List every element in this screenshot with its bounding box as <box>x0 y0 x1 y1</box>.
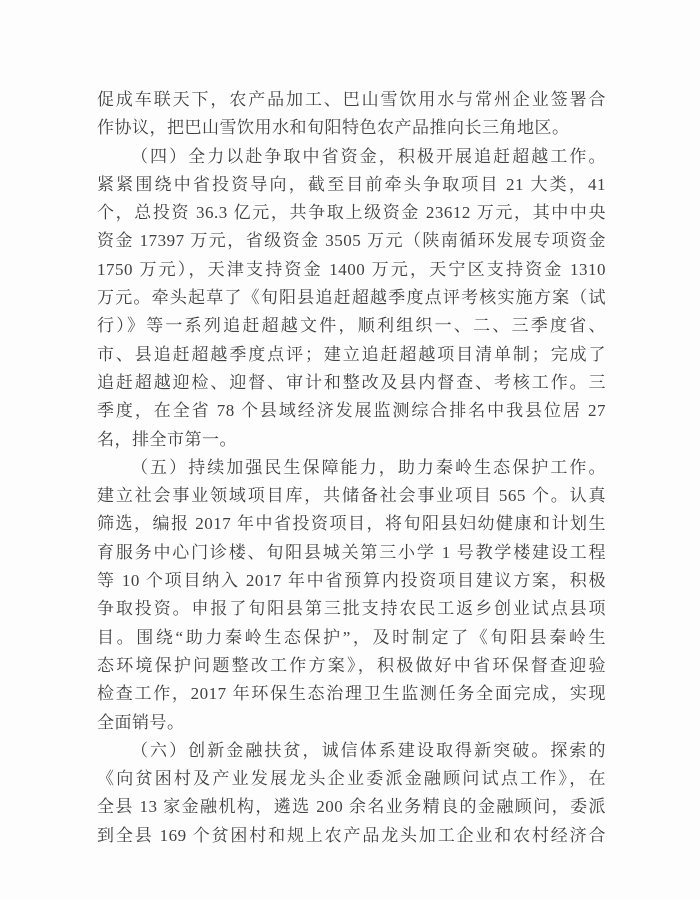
text-line: 检查工作，2017 年环保生态治理卫生监测任务全面完成，实现 <box>97 680 606 708</box>
text-line: 到全县 169 个贫困村和规上农产品龙头加工企业和农村经济合 <box>97 822 606 850</box>
paragraph: 促成车联天下，农产品加工、巴山雪饮用水与常州企业签署合作协议，把巴山雪饮用水和旬… <box>97 86 606 143</box>
text-line: 市、县追赶超越季度点评；建立追赶超越项目清单制；完成了 <box>97 341 606 369</box>
text-line: 万元。牵头起草了《旬阳县追赶超越季度点评考核实施方案（试 <box>97 284 606 312</box>
text-line: 全县 13 家金融机构，遴选 200 余名业务精良的金融顾问，委派 <box>97 793 606 821</box>
text-line: 《向贫困村及产业发展龙头企业委派金融顾问试点工作》，在 <box>97 765 606 793</box>
text-line: （五）持续加强民生保障能力，助力秦岭生态保护工作。 <box>97 454 606 482</box>
text-line: （六）创新金融扶贫，诚信体系建设取得新突破。探索的 <box>97 737 606 765</box>
text-line: 资金 17397 万元，省级资金 3505 万元（陕南循环发展专项资金 <box>97 227 606 255</box>
text-line: 行）》等一系列追赶超越文件，顺利组织一、二、三季度省、 <box>97 312 606 340</box>
text-line: （四）全力以赴争取中省资金，积极开展追赶超越工作。 <box>97 143 606 171</box>
text-line: 育服务中心门诊楼、旬阳县城关第三小学 1 号教学楼建设工程 <box>97 539 606 567</box>
paragraph: （五）持续加强民生保障能力，助力秦岭生态保护工作。建立社会事业领域项目库，共储备… <box>97 454 606 737</box>
text-line: 季度，在全省 78 个县域经济发展监测综合排名中我县位居 27 <box>97 397 606 425</box>
paragraph: （四）全力以赴争取中省资金，积极开展追赶超越工作。紧紧围绕中省投资导向，截至目前… <box>97 143 606 454</box>
text-line: 等 10 个项目纳入 2017 年中省预算内投资项目建议方案，积极 <box>97 567 606 595</box>
text-line: 筛选，编报 2017 年中省投资项目，将旬阳县妇幼健康和计划生 <box>97 510 606 538</box>
paragraph: （六）创新金融扶贫，诚信体系建设取得新突破。探索的《向贫困村及产业发展龙头企业委… <box>97 737 606 850</box>
text-line: 名，排全市第一。 <box>97 426 606 454</box>
text-line: 争取投资。申报了旬阳县第三批支持农民工返乡创业试点县项 <box>97 595 606 623</box>
text-line: 个，总投资 36.3 亿元，共争取上级资金 23612 万元，其中中央 <box>97 199 606 227</box>
text-line: 追赶超越迎检、迎督、审计和整改及县内督查、考核工作。三 <box>97 369 606 397</box>
text-line: 作协议，把巴山雪饮用水和旬阳特色农产品推向长三角地区。 <box>97 114 606 142</box>
text-line: 促成车联天下，农产品加工、巴山雪饮用水与常州企业签署合 <box>97 86 606 114</box>
text-line: 全面销号。 <box>97 709 606 737</box>
text-line: 目。围绕“助力秦岭生态保护”，及时制定了《旬阳县秦岭生 <box>97 624 606 652</box>
text-line: 1750 万元），天津支持资金 1400 万元，天宁区支持资金 1310 <box>97 256 606 284</box>
text-line: 紧紧围绕中省投资导向，截至目前牵头争取项目 21 大类，41 <box>97 171 606 199</box>
document-body: 促成车联天下，农产品加工、巴山雪饮用水与常州企业签署合作协议，把巴山雪饮用水和旬… <box>97 86 606 850</box>
text-line: 建立社会事业领域项目库，共储备社会事业项目 565 个。认真 <box>97 482 606 510</box>
scanned-document-page: 促成车联天下，农产品加工、巴山雪饮用水与常州企业签署合作协议，把巴山雪饮用水和旬… <box>0 0 700 900</box>
text-line: 态环境保护问题整改工作方案》，积极做好中省环保督查迎验 <box>97 652 606 680</box>
